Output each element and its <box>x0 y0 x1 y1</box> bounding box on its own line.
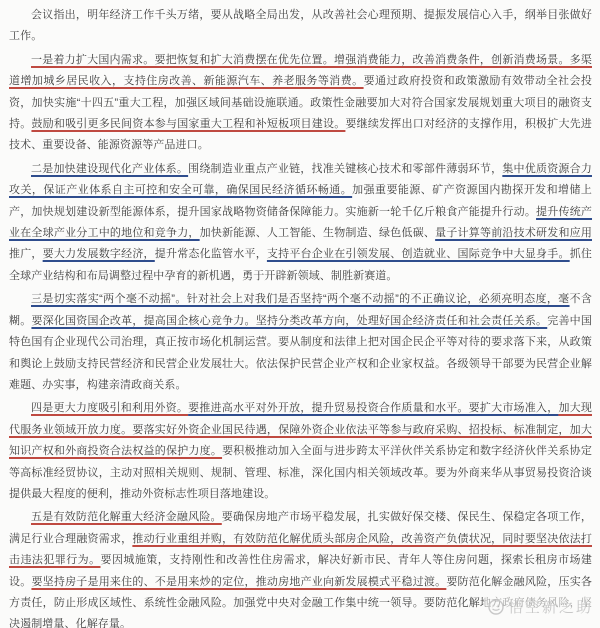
text-segment: 加快新能源、人工智能、生物制造、绿色低碳、 <box>200 227 435 239</box>
paragraph: 会议指出，明年经济工作千头万绪，要从战略全局出发，从改善社会心理预期、提振发展信… <box>9 5 592 48</box>
text-segment: 围绕制造业重点产业链，找准关键核心技术和零部件薄弱环节， <box>188 163 502 175</box>
underlined-segment-red: 鼓励和吸引更多民间资本参与国家重大工程和补短板项目建设。 <box>31 118 345 130</box>
underlined-segment-blue: 要深化国资国企改革，提高国企核心竞争力。坚持分类改革方向，处理好国企经济责任和社… <box>31 315 547 327</box>
watermark: 悟空新之助 <box>484 595 596 618</box>
paragraph: 二是加快建设现代化产业体系。围绕制造业重点产业链，找准关键核心技术和零部件薄弱环… <box>9 159 592 287</box>
underlined-segment-blue: 支持平台企业在引领发展、创造就业、国际竞争中大显身手。 <box>267 248 570 260</box>
underlined-segment-blue: 量子计算等前沿技术研发和应用 <box>435 227 592 239</box>
text-segment: 推广， <box>9 248 43 260</box>
document-body: 会议指出，明年经济工作千头万绪，要从战略全局出发，从改善社会心理预期、提振发展信… <box>0 0 600 628</box>
underlined-segment-red: 要坚持房子是用来住的、不是用来炒的定位，推动房地产业向新发展模式平稳过渡。 <box>31 576 446 588</box>
underlined-segment-red: 四是更大力度吸引和利用外资。 <box>31 402 188 414</box>
underlined-segment-red: 五是有效防范化解重大经济金融风险。 <box>31 511 222 523</box>
paragraph: 一是着力扩大国内需求。要把恢复和扩大消费摆在优先位置。增强消费能力，改善消费条件… <box>9 50 592 157</box>
text-segment: 会议指出，明年经济工作千头万绪，要从战略全局出发，从改善社会心理预期、提振发展信… <box>9 9 592 42</box>
text-segment: 提升常态化监管水平， <box>155 248 267 260</box>
underlined-segment-blue: 二是加快建设现代化产业体系。 <box>31 163 188 175</box>
underlined-segment-blue: 要推进高水平对外开放，提升贸易投资合作质量和水平。要扩大市场准入， <box>188 402 558 414</box>
underlined-segment-blue: 三是切实落实“两个毫不动摇”。针对社会上对我们是否坚持“两个毫不动摇”的不正确议… <box>31 293 570 305</box>
paragraph: 三是切实落实“两个毫不动摇”。针对社会上对我们是否坚持“两个毫不动摇”的不正确议… <box>9 289 592 396</box>
underlined-segment-blue: 要大力发展数字经济， <box>43 248 155 260</box>
page: { "page": { "background": "#fbfbfa", "te… <box>0 0 600 628</box>
watermark-label: 悟空新之助 <box>508 596 593 617</box>
paragraph: 四是更大力度吸引和利用外资。要推进高水平对外开放，提升贸易投资合作质量和水平。要… <box>9 398 592 505</box>
cartoon-face-icon <box>487 598 505 616</box>
